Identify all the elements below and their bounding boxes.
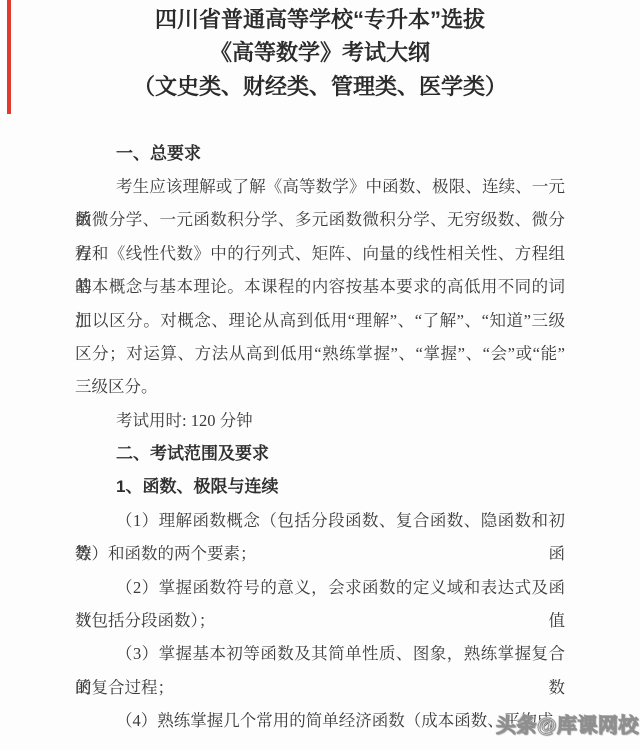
paragraph-line: 区分；对运算、方法从高到低用“熟练掌握”、“掌握”、“会”或“能” — [75, 337, 565, 370]
paragraph-line: 基本概念与基本理论。本课程的内容按基本要求的高低用不同的词汇 — [75, 270, 565, 303]
paragraph-line: 程和《线性代数》中的行列式、矩阵、向量的线性相关性、方程组的 — [75, 237, 565, 270]
title-body-gap — [75, 103, 565, 136]
paragraph-line: 数微分学、一元函数积分学、多元函数微积分学、无穷级数、微分方 — [75, 203, 565, 236]
paragraph-line: （1）理解函数概念（包括分段函数、复合函数、隐函数和初等函 — [75, 504, 565, 537]
paragraph-line: 三级区分。 — [75, 370, 565, 403]
paragraph-line: （3）掌握基本初等函数及其简单性质、图象，熟练掌握复合函数 — [75, 637, 565, 670]
paragraph-line: 考生应该理解或了解《高等数学》中函数、极限、连续、一元函 — [75, 170, 565, 203]
paragraph-line: （2）掌握函数符号的意义，会求函数的定义域和表达式及函数值 — [75, 571, 565, 604]
section-heading-exam-scope: 二、考试范围及要求 — [75, 437, 565, 470]
doc-title-line-3: （文史类、财经类、管理类、医学类） — [75, 70, 565, 103]
doc-title-line-1: 四川省普通高等学校“专升本”选拔 — [75, 3, 565, 36]
document-page: 四川省普通高等学校“专升本”选拔 《高等数学》考试大纲 （文史类、财经类、管理类… — [0, 0, 640, 750]
document-body: 四川省普通高等学校“专升本”选拔 《高等数学》考试大纲 （文史类、财经类、管理类… — [0, 0, 640, 738]
toutiao-watermark: 头条@库课网校 — [496, 710, 639, 742]
doc-title-line-2: 《高等数学》考试大纲 — [75, 36, 565, 69]
paragraph-line: 加以区分。对概念、理论从高到低用“理解”、“了解”、“知道”三级 — [75, 304, 565, 337]
exam-duration-line: 考试用时: 120 分钟 — [75, 404, 565, 437]
subsection-heading-functions-limits: 1、函数、极限与连续 — [75, 470, 565, 503]
section-heading-general-requirements: 一、总要求 — [75, 137, 565, 170]
paragraph-line: （4）熟练掌握几个常用的简单经济函数（成本函数、平均成 — [75, 704, 565, 737]
